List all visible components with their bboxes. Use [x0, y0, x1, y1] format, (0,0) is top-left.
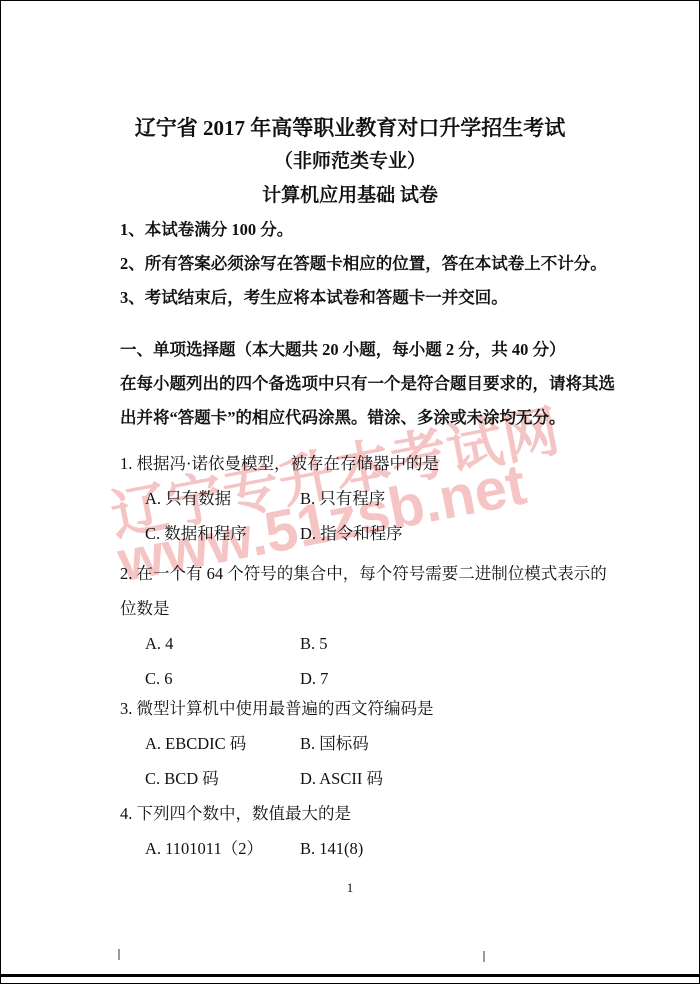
crop-mark-left [118, 949, 120, 960]
question-3: 3. 微型计算机中使用最普遍的西文符编码是 A. EBCDIC 码 B. 国标码… [120, 691, 580, 796]
exam-paper-page: 辽宁专升本考试网 www.51zsb.net 辽宁省 2017 年高等职业教育对… [0, 0, 700, 984]
question-1-option-d: D. 指令和程序 [300, 516, 403, 551]
question-3-option-b: B. 国标码 [300, 726, 369, 761]
question-2-option-a: A. 4 [145, 626, 300, 661]
question-3-option-a: A. EBCDIC 码 [145, 726, 300, 761]
question-1-option-b: B. 只有程序 [300, 481, 385, 516]
question-4-option-a: A. 1101011（2） [145, 831, 300, 866]
question-3-option-c: C. BCD 码 [145, 761, 300, 796]
question-1-options-row-1: A. 只有数据 B. 只有程序 [120, 481, 580, 516]
exam-title-line2: （非师范类专业） [120, 145, 580, 179]
question-2-stem-line1: 2. 在一个有 64 个符号的集合中，每个符号需要二进制位模式表示的 [120, 556, 580, 591]
question-2-stem-line2: 位数是 [120, 591, 580, 626]
page-number: 1 [120, 878, 580, 898]
question-1-option-a: A. 只有数据 [145, 481, 300, 516]
section-instruction-line1: 在每小题列出的四个备选项中只有一个是符合题目要求的，请将其选 [120, 367, 580, 401]
question-2-option-b: B. 5 [300, 626, 328, 661]
question-4-options-row-1: A. 1101011（2） B. 141(8) [120, 831, 580, 866]
exam-title-line3: 计算机应用基础 试卷 [120, 179, 580, 213]
notice-1: 1、本试卷满分 100 分。 [120, 213, 580, 247]
question-4: 4. 下列四个数中，数值最大的是 A. 1101011（2） B. 141(8) [120, 796, 580, 866]
document-content: 辽宁省 2017 年高等职业教育对口升学招生考试 （非师范类专业） 计算机应用基… [120, 1, 580, 898]
question-1-options-row-2: C. 数据和程序 D. 指令和程序 [120, 516, 580, 551]
question-2: 2. 在一个有 64 个符号的集合中，每个符号需要二进制位模式表示的 位数是 A… [120, 556, 580, 696]
crop-mark-right [483, 951, 485, 962]
notice-2: 2、所有答案必须涂写在答题卡相应的位置，答在本试卷上不计分。 [120, 247, 580, 281]
question-1-option-c: C. 数据和程序 [145, 516, 300, 551]
question-3-stem: 3. 微型计算机中使用最普遍的西文符编码是 [120, 691, 580, 726]
question-3-options-row-1: A. EBCDIC 码 B. 国标码 [120, 726, 580, 761]
question-3-options-row-2: C. BCD 码 D. ASCII 码 [120, 761, 580, 796]
question-4-stem: 4. 下列四个数中，数值最大的是 [120, 796, 580, 831]
question-3-option-d: D. ASCII 码 [300, 761, 383, 796]
bottom-rule [1, 974, 700, 977]
exam-title-line1: 辽宁省 2017 年高等职业教育对口升学招生考试 [120, 111, 580, 145]
section-heading: 一、单项选择题（本大题共 20 小题，每小题 2 分，共 40 分） [120, 333, 580, 367]
question-2-options-row-1: A. 4 B. 5 [120, 626, 580, 661]
question-1: 1. 根据冯·诺依曼模型，被存在存储器中的是 A. 只有数据 B. 只有程序 C… [120, 446, 580, 551]
question-4-option-b: B. 141(8) [300, 831, 363, 866]
section-instruction-line2: 出并将“答题卡”的相应代码涂黑。错涂、多涂或未涂均无分。 [120, 401, 580, 435]
notice-3: 3、考试结束后，考生应将本试卷和答题卡一并交回。 [120, 281, 580, 315]
question-1-stem: 1. 根据冯·诺依曼模型，被存在存储器中的是 [120, 446, 580, 481]
